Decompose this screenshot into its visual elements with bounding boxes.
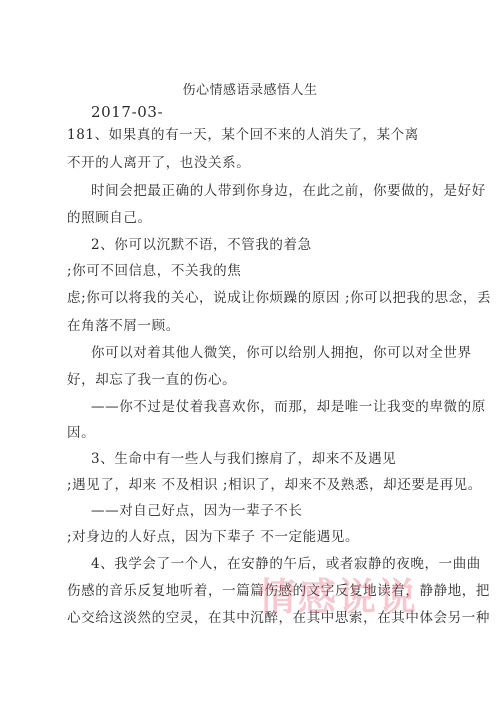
body-text-line: 时间会把最正确的人带到你身边，在此之前，你要做的，是好好 bbox=[91, 182, 486, 200]
body-text-line: 伤感的音乐反复地听着，一篇篇伤感的文字反复地读着，静静地，把 bbox=[67, 582, 490, 600]
body-text-line: 4、我学会了一个人，在安静的午后，或者寂静的夜晚，一曲曲 bbox=[91, 555, 481, 573]
body-text-line: 181、如果真的有一天，某个回不来的人消失了，某个离 bbox=[67, 126, 419, 144]
body-text-line: 虑;你可以将我的关心，说成让你烦躁的原因 ;你可以把我的思念，丢 bbox=[67, 289, 491, 307]
document-title: 伤心情感语录感悟人生 bbox=[0, 79, 500, 98]
body-text-line: 的照顾自己。 bbox=[67, 209, 152, 227]
body-text-line: 好，却忘了我一直的伤心。 bbox=[67, 371, 236, 389]
body-text-line: 不开的人离开了，也没关系。 bbox=[67, 154, 250, 172]
body-text-line: 3、生命中有一些人与我们擦肩了，却来不及遇见 bbox=[91, 450, 396, 468]
body-text-line: ——你不过是仗着我喜欢你，而那，却是唯一让我变的卑微的原 bbox=[91, 398, 486, 416]
body-text-line: 你可以对着其他人微笑，你可以给别人拥抱，你可以对全世界 bbox=[91, 344, 472, 362]
body-text-line: ;遇见了，却来 不及相识 ;相识了，却来不及熟悉，却还要是再见。 bbox=[67, 476, 482, 494]
body-text-line: 心交给这淡然的空灵，在其中沉醉，在其中思索，在其中体会另一种 bbox=[67, 609, 490, 627]
document-date: 2017-03- bbox=[91, 103, 163, 121]
body-text-line: ——对自己好点，因为一辈子不长 bbox=[91, 502, 303, 520]
body-text-line: 因。 bbox=[67, 424, 95, 442]
body-text-line: 在角落不屑一顾。 bbox=[67, 317, 180, 335]
document-page: 伤心情感语录感悟人生 2017-03- 181、如果真的有一天，某个回不来的人消… bbox=[0, 0, 500, 708]
body-text-line: ;你可不回信息，不关我的焦 bbox=[67, 262, 241, 280]
body-text-line: ;对身边的人好点，因为下辈子 不一定能遇见。 bbox=[67, 528, 359, 546]
body-text-line: 2、你可以沉默不语，不管我的着急 bbox=[91, 236, 312, 254]
